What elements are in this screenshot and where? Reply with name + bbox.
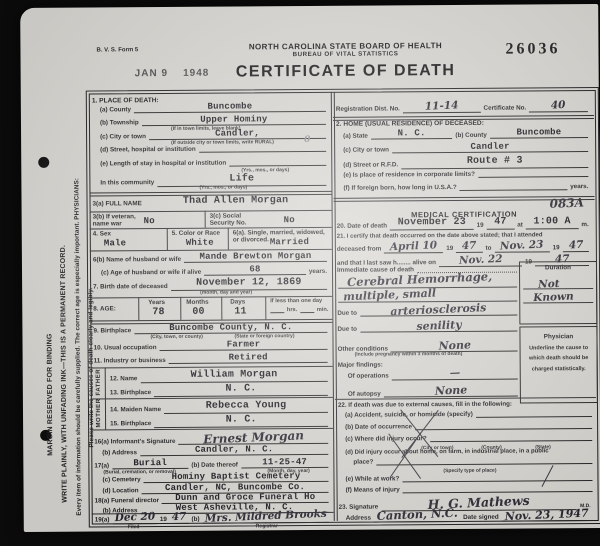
bureau-subtitle: BUREAU OF VITAL STATISTICS xyxy=(190,50,500,59)
spouse-age-value: 68 xyxy=(204,265,306,276)
stray-pencil-mark: 0 xyxy=(304,136,310,145)
certificate-serial-number: 26036 xyxy=(505,40,560,58)
sex-value: Male xyxy=(104,239,126,249)
community-units: (Yrs., mos., or days) xyxy=(199,184,247,190)
date-signed-label: Date signed xyxy=(463,514,499,521)
age-years-label: Years xyxy=(148,299,165,306)
age-days-label: Days xyxy=(230,298,245,305)
cause-of-death-line1: Cerebral Hemorrhage, xyxy=(347,274,492,287)
field-operations: Of operations — xyxy=(348,368,518,381)
informant-address-value: Candler, N. C. xyxy=(140,445,328,457)
other-conditions-note: (Include pregnancy within 3 months of de… xyxy=(355,351,463,358)
field-informant-address: (b) Address Candler, N. C. xyxy=(102,445,328,457)
divider-line xyxy=(205,211,206,228)
mother-name-value: Rebecca Young xyxy=(164,401,328,414)
field-filing: 19(a) Dec 20 19 47 (b) Mrs. Mildred Broo… xyxy=(95,511,329,524)
punch-hole xyxy=(38,157,49,168)
dod-m-label: m. xyxy=(581,221,588,228)
field-due-to-2: Due to senility xyxy=(337,320,517,333)
attended-from-year: 47 xyxy=(456,241,482,253)
age-hrs-label: hrs. xyxy=(287,307,297,313)
margin-note-permanent: WRITE PLAINLY, WITH UNFADING INK—THIS IS… xyxy=(60,245,69,503)
divider-line xyxy=(228,228,229,250)
file-code: 083A xyxy=(550,197,584,209)
divider-line xyxy=(167,228,168,250)
industry-value: Retired xyxy=(169,353,328,365)
foreign-born-units: years. xyxy=(570,183,588,190)
age-min-label: min. xyxy=(317,307,329,314)
field-home-city: (c) City or town Candler xyxy=(343,142,588,154)
father-name-value: William Morgan xyxy=(140,370,327,383)
dod-at-label: at xyxy=(517,222,523,229)
home-state-value: N. C. xyxy=(371,129,453,140)
age-months-value: 00 xyxy=(192,308,204,319)
margin-note-every-item: Every item of information should be care… xyxy=(73,178,82,516)
dod-time-value: 1:00 A xyxy=(526,217,579,229)
field-mother-name: 14. Maiden Name Rebecca Young xyxy=(110,401,328,414)
divider-line xyxy=(105,367,106,398)
field-spouse: 6(b) Name of husband or wife Mande Brewt… xyxy=(93,252,327,264)
attended-to-year: 47 xyxy=(563,240,589,252)
age-label: 8. AGE: xyxy=(93,305,116,312)
full-name-value: Thad Allen Morgan xyxy=(145,196,327,208)
race-label: 5. Color or Race xyxy=(172,230,220,238)
certificate-no-value: 40 xyxy=(529,100,588,112)
field-attended-dates: deceased from April 10 19 47 to Nov. 23 … xyxy=(337,240,589,253)
age-min-value xyxy=(300,312,314,313)
field-physician-address: Address Canton, N.C. Date signed Nov. 23… xyxy=(346,508,591,522)
document-title: CERTIFICATE OF DEATH xyxy=(191,62,501,82)
marital-value: Married xyxy=(270,238,309,248)
field-informant-signature: 16(a) Informant's Signature Ernest Morga… xyxy=(94,431,328,446)
attended-to-value: Nov. 23 xyxy=(494,240,549,252)
age-months-label: Months xyxy=(186,299,208,306)
cause-of-death-line2: multiple, small xyxy=(343,289,436,301)
field-spouse-age: (c) Age of husband or wife if alive 68 y… xyxy=(101,265,327,277)
mother-birthplace-value: N. C. xyxy=(154,415,328,428)
injury-place-note: (Specify type of place) xyxy=(443,468,496,474)
dod-year-prefix: 19 xyxy=(477,222,484,229)
section-external-causes-title: 22. If death was due to external causes,… xyxy=(338,401,512,409)
due-to-1-value: arteriosclerosis xyxy=(360,304,517,317)
physician-note-box: Physician Underline the cause to which d… xyxy=(519,326,598,404)
veteran-value: No xyxy=(144,217,155,227)
autopsy-value: None xyxy=(384,385,518,398)
divider-line xyxy=(105,398,106,429)
field-county: (a) County Buncombe xyxy=(100,102,326,114)
margin-note-binding: MARGIN RESERVED FOR BINDING xyxy=(46,333,54,455)
home-street-value: Route # 3 xyxy=(401,156,588,169)
filed-year-value: 47 xyxy=(170,512,189,524)
birth-date-note: (month, day and year) xyxy=(200,289,252,295)
divider-line xyxy=(180,297,181,320)
field-father-birthplace: 13. Birthplace N. C. xyxy=(110,384,328,397)
duration-value-line1: Not xyxy=(538,279,560,290)
physician-address-value: Canton, N.C. xyxy=(374,509,460,522)
sex-label: 4. Sex xyxy=(93,230,111,237)
divider-line xyxy=(138,297,139,320)
physician-title: Physician xyxy=(520,333,596,341)
field-full-name: 3(a) FULL NAME Thad Allen Morgan xyxy=(93,196,327,208)
field-father-name: 12. Name William Morgan xyxy=(110,370,328,383)
home-county-value: Buncombe xyxy=(490,128,588,139)
mother-group-label: MOTHER xyxy=(96,398,102,427)
field-registration: Registration Dist. No. 11-14 Certificate… xyxy=(336,100,588,113)
father-group-label: FATHER xyxy=(96,369,102,396)
date-signed-value: Nov. 23, 1947 xyxy=(502,509,591,522)
duration-box: Duration Not Known xyxy=(519,261,597,325)
filed-year-prefix: 19 xyxy=(160,516,167,523)
field-autopsy: Of autopsy None xyxy=(348,385,518,398)
registrar-caption: Registrar xyxy=(256,523,278,529)
spouse-age-units: years. xyxy=(309,268,327,275)
duration-label: Duration xyxy=(520,264,596,272)
field-mother-birthplace: 15. Birthplace N. C. xyxy=(110,415,328,428)
age-days-value: 11 xyxy=(234,307,246,318)
registrar-value: Mrs. Mildred Brooks xyxy=(203,511,329,523)
duration-value-line2: Known xyxy=(533,292,574,303)
spouse-value: Mande Brewton Morgan xyxy=(184,252,327,263)
section-home-title: 2. HOME (USUAL RESIDENCE) OF DECEASED: xyxy=(336,120,484,128)
scanned-death-certificate: MARGIN RESERVED FOR BINDING WRITE PLAINL… xyxy=(0,0,600,546)
field-home-state-county: (a) State N. C. (b) County Buncombe xyxy=(343,128,588,140)
field-industry: 11. Industry or business Retired xyxy=(94,353,328,365)
age-less-label: If less than one day xyxy=(270,298,322,305)
filed-caption: Filed xyxy=(128,524,140,530)
form-number: B. V. S. Form 5 xyxy=(96,47,138,54)
birthplace-note1: (City, town, or county) xyxy=(150,334,202,340)
race-value: White xyxy=(186,239,214,249)
physician-note: Underline the cause to which death shoul… xyxy=(525,343,593,375)
divider-line xyxy=(265,296,266,319)
veteran-label: 3(b) If veteran, name war xyxy=(93,213,139,228)
filed-date-value: Dec 20 xyxy=(112,512,157,524)
ssn-label: 3(c) Social Security No. xyxy=(210,212,262,227)
birthplace-value: Buncombe County, N. C. xyxy=(134,323,327,335)
father-birthplace-value: N. C. xyxy=(154,384,328,397)
divider-line xyxy=(221,297,222,320)
occupation-value: Farmer xyxy=(159,340,327,352)
field-occupation: 10. Usual occupation Farmer xyxy=(94,340,328,352)
to-label: to xyxy=(485,245,491,252)
age-years-value: 78 xyxy=(152,308,164,319)
date-of-death-value: November 23 xyxy=(390,218,474,230)
informant-signature-value: Ernest Morgan xyxy=(178,431,328,445)
home-city-value: Candler xyxy=(392,142,588,154)
county-value: Buncombe xyxy=(134,102,326,114)
field-due-to-1: Due to arteriosclerosis xyxy=(337,304,517,317)
operations-value: — xyxy=(392,368,518,380)
age-hrs-min: hrs. min. xyxy=(270,307,328,314)
attended-from-value: April 10 xyxy=(384,241,443,253)
age-hrs-value xyxy=(270,313,284,314)
certificate-paper: MARGIN RESERVED FOR BINDING WRITE PLAINL… xyxy=(20,4,600,532)
field-home-street: (d) Street or R.F.D. Route # 3 xyxy=(343,156,588,169)
field-date-of-death: 20. Date of death November 23 19 47 at 1… xyxy=(337,217,589,230)
dod-year-value: 47 xyxy=(487,218,515,230)
registration-district-value: 11-14 xyxy=(403,101,481,113)
ssn-value: No xyxy=(284,216,295,226)
due-to-2-value: senility xyxy=(360,320,517,333)
